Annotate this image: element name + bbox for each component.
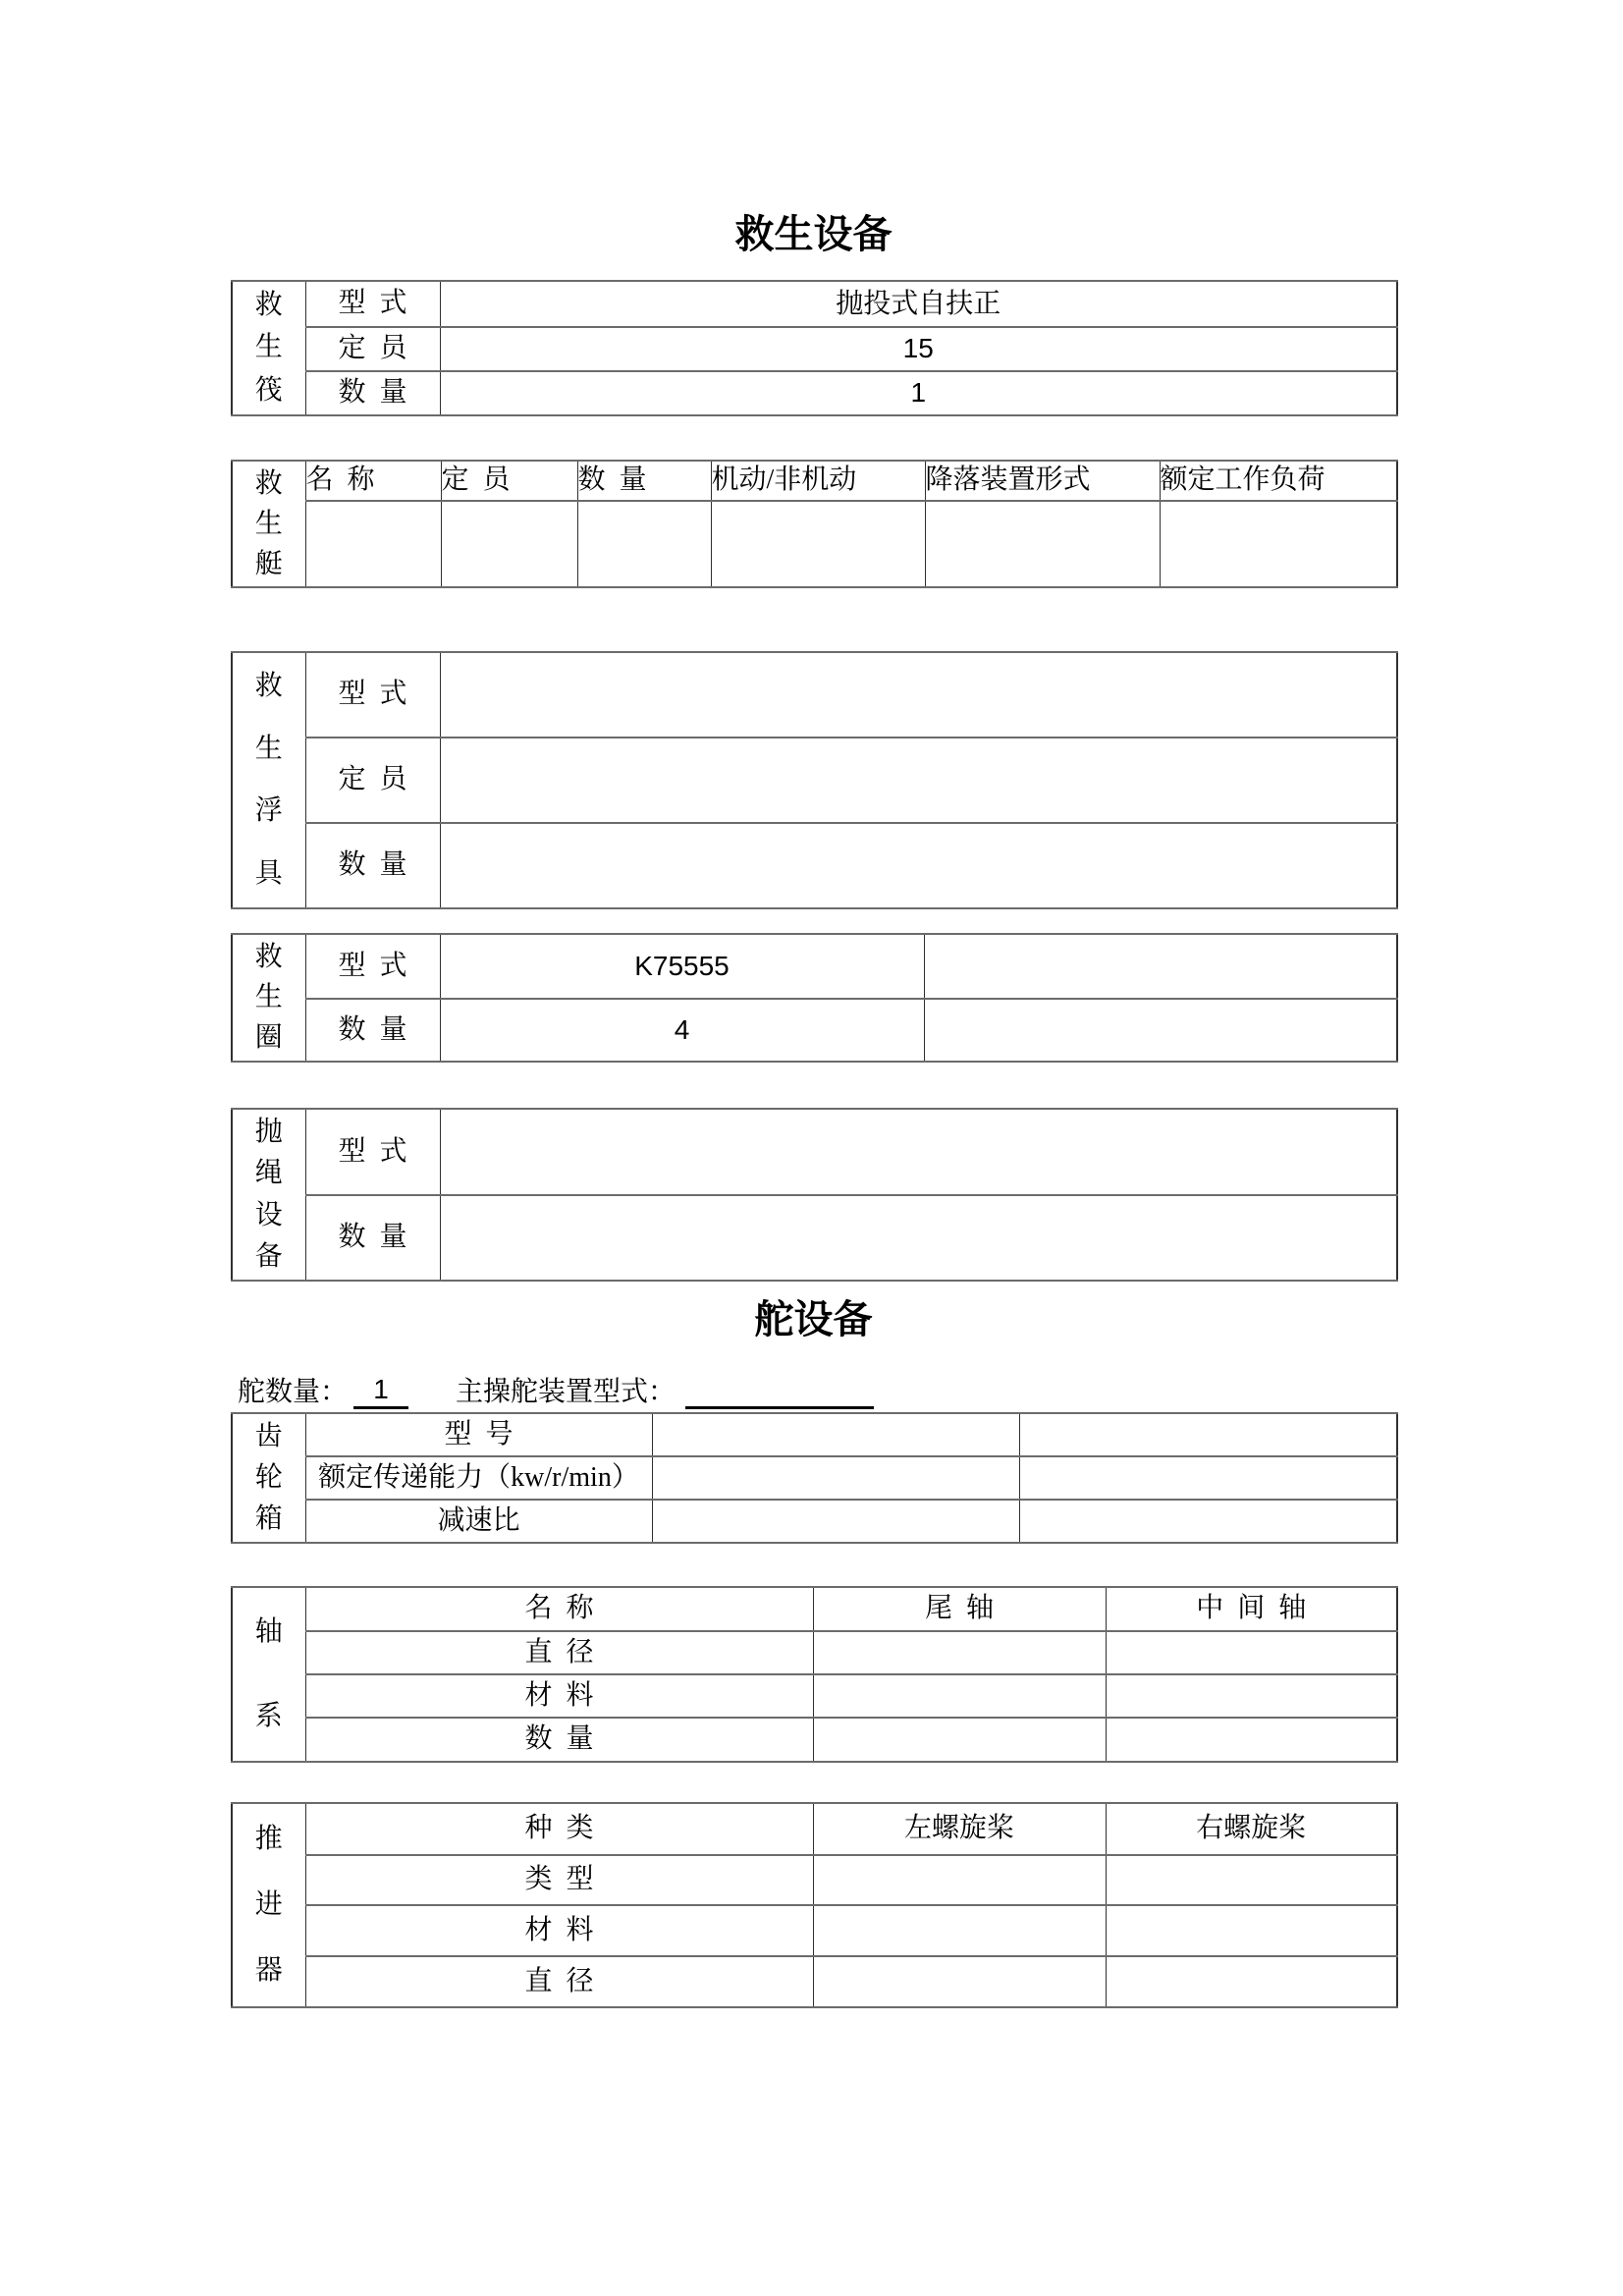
propeller-vertical-label: 推 进 器 (232, 1803, 305, 2007)
gearbox-row-label: 型号 (305, 1413, 652, 1456)
vertical-label-char: 器 (255, 1957, 283, 1985)
vertical-label-char: 抛 (255, 1119, 283, 1146)
vertical-label-char: 艇 (255, 551, 283, 578)
vertical-label-char: 具 (255, 860, 283, 888)
lifebuoy-row-label: 型式 (305, 934, 440, 999)
raft-row-label: 数量 (305, 371, 440, 415)
section-title-lifesaving: 救生设备 (231, 211, 1396, 258)
raft-row-label: 型式 (305, 281, 440, 327)
lifeboat-header-cell: 名称 (305, 461, 441, 501)
propeller-row-label: 材料 (305, 1905, 813, 1956)
vertical-label-char: 轴 (255, 1618, 283, 1646)
lifebuoy-row-label: 数量 (305, 999, 440, 1062)
raft-capacity-value: 15 (440, 327, 1397, 371)
lifeboat-header-cell: 降落装置形式 (925, 461, 1160, 501)
propeller-table: 推 进 器 种类 左螺旋桨 右螺旋桨 类型 材料 直径 (231, 1802, 1398, 2008)
shafting-row-label: 直径 (305, 1631, 813, 1674)
rudder-count-label: 舵数量： (238, 1377, 348, 1407)
propeller-header-cell: 右螺旋桨 (1106, 1803, 1397, 1855)
empty-cell (924, 999, 1397, 1062)
vertical-label-char: 设 (255, 1202, 283, 1230)
empty-cell (1106, 1855, 1397, 1905)
vertical-label-char: 齿 (255, 1423, 283, 1450)
empty-cell (652, 1456, 1019, 1500)
empty-cell (440, 823, 1397, 908)
life-float-vertical-label: 救 生 浮 具 (232, 652, 305, 908)
life-float-table: 救 生 浮 具 型式 定员 数量 (231, 651, 1398, 909)
shafting-table: 轴 系 名称 尾轴 中间轴 直径 材料 数量 (231, 1586, 1398, 1763)
rope-thrower-vertical-label: 抛 绳 设 备 (232, 1109, 305, 1281)
propeller-row-label: 类型 (305, 1855, 813, 1905)
vertical-label-char: 浮 (255, 797, 283, 825)
vertical-label-char: 轮 (255, 1464, 283, 1492)
life-raft-table: 救 生 筏 型式 抛投式自扶正 定员 15 数量 1 (231, 280, 1398, 416)
empty-cell (441, 501, 577, 587)
raft-quantity-value: 1 (440, 371, 1397, 415)
lifeboat-table: 救 生 艇 名称 定员 数量 机动/非机动 降落装置形式 额定工作负荷 (231, 460, 1398, 588)
gearbox-row-label: 减速比 (305, 1500, 652, 1543)
empty-cell (813, 1905, 1106, 1956)
gearbox-vertical-label: 齿 轮 箱 (232, 1413, 305, 1543)
rope-thrower-row-label: 数量 (305, 1195, 440, 1281)
vertical-label-char: 圈 (255, 1024, 283, 1052)
empty-cell (813, 1631, 1106, 1674)
float-row-label: 定员 (305, 738, 440, 823)
rudder-count-value: 1 (353, 1373, 408, 1409)
empty-cell (440, 652, 1397, 738)
propeller-row-label: 直径 (305, 1956, 813, 2007)
lifebuoy-vertical-label: 救 生 圈 (232, 934, 305, 1062)
vertical-label-char: 生 (255, 511, 283, 538)
empty-cell (1160, 501, 1397, 587)
empty-cell (440, 1109, 1397, 1195)
shafting-vertical-label: 轴 系 (232, 1587, 305, 1762)
gearbox-table: 齿 轮 箱 型号 额定传递能力（kw/r/min） 减速比 (231, 1412, 1398, 1544)
lifeboat-header-cell: 额定工作负荷 (1160, 461, 1397, 501)
empty-cell (813, 1674, 1106, 1718)
empty-cell (813, 1956, 1106, 2007)
empty-cell (1106, 1718, 1397, 1762)
empty-cell (652, 1413, 1019, 1456)
vertical-label-char: 推 (255, 1826, 283, 1853)
empty-cell (1019, 1456, 1397, 1500)
empty-cell (577, 501, 711, 587)
vertical-label-char: 救 (255, 470, 283, 498)
vertical-label-char: 生 (255, 736, 283, 763)
lifeboat-header-cell: 机动/非机动 (711, 461, 925, 501)
life-raft-vertical-label: 救 生 筏 (232, 281, 305, 415)
float-row-label: 数量 (305, 823, 440, 908)
gearbox-row-label: 额定传递能力（kw/r/min） (305, 1456, 652, 1500)
empty-cell (1106, 1956, 1397, 2007)
float-row-label: 型式 (305, 652, 440, 738)
empty-cell (813, 1855, 1106, 1905)
vertical-label-char: 救 (255, 673, 283, 700)
empty-cell (1106, 1905, 1397, 1956)
lifebuoy-type-value: K75555 (440, 934, 924, 999)
shafting-header-cell: 尾轴 (813, 1587, 1106, 1631)
shafting-header-cell: 名称 (305, 1587, 813, 1631)
rudder-count-line: 舵数量：1主操舵装置型式： (238, 1373, 874, 1409)
steering-type-blank (685, 1375, 874, 1409)
propeller-header-cell: 种类 (305, 1803, 813, 1855)
empty-cell (1019, 1500, 1397, 1543)
empty-cell (711, 501, 925, 587)
vertical-label-char: 筏 (255, 377, 283, 405)
shafting-row-label: 材料 (305, 1674, 813, 1718)
section-title-rudder: 舵设备 (231, 1296, 1396, 1343)
empty-cell (440, 738, 1397, 823)
lifeboat-header-cell: 定员 (441, 461, 577, 501)
raft-type-value: 抛投式自扶正 (440, 281, 1397, 327)
empty-cell (1106, 1631, 1397, 1674)
propeller-header-cell: 左螺旋桨 (813, 1803, 1106, 1855)
shafting-row-label: 数量 (305, 1718, 813, 1762)
empty-cell (813, 1718, 1106, 1762)
document-page: 救生设备 救 生 筏 型式 抛投式自扶正 定员 15 数量 1 (0, 0, 1623, 2296)
empty-cell (1019, 1413, 1397, 1456)
vertical-label-char: 箱 (255, 1505, 283, 1533)
rope-thrower-row-label: 型式 (305, 1109, 440, 1195)
lifebuoy-table: 救 生 圈 型式 K75555 数量 4 (231, 933, 1398, 1063)
empty-cell (924, 934, 1397, 999)
steering-type-label: 主操舵装置型式： (456, 1377, 676, 1407)
vertical-label-char: 生 (255, 334, 283, 361)
vertical-label-char: 进 (255, 1891, 283, 1919)
lifebuoy-quantity-value: 4 (440, 999, 924, 1062)
vertical-label-char: 救 (255, 944, 283, 971)
rope-thrower-table: 抛 绳 设 备 型式 数量 (231, 1108, 1398, 1282)
vertical-label-char: 备 (255, 1243, 283, 1271)
shafting-header-cell: 中间轴 (1106, 1587, 1397, 1631)
vertical-label-char: 系 (255, 1703, 283, 1730)
empty-cell (652, 1500, 1019, 1543)
empty-cell (305, 501, 441, 587)
lifeboat-header-cell: 数量 (577, 461, 711, 501)
vertical-label-char: 救 (255, 292, 283, 319)
empty-cell (1106, 1674, 1397, 1718)
lifeboat-vertical-label: 救 生 艇 (232, 461, 305, 587)
empty-cell (440, 1195, 1397, 1281)
raft-row-label: 定员 (305, 327, 440, 371)
vertical-label-char: 生 (255, 984, 283, 1011)
vertical-label-char: 绳 (255, 1160, 283, 1187)
empty-cell (925, 501, 1160, 587)
